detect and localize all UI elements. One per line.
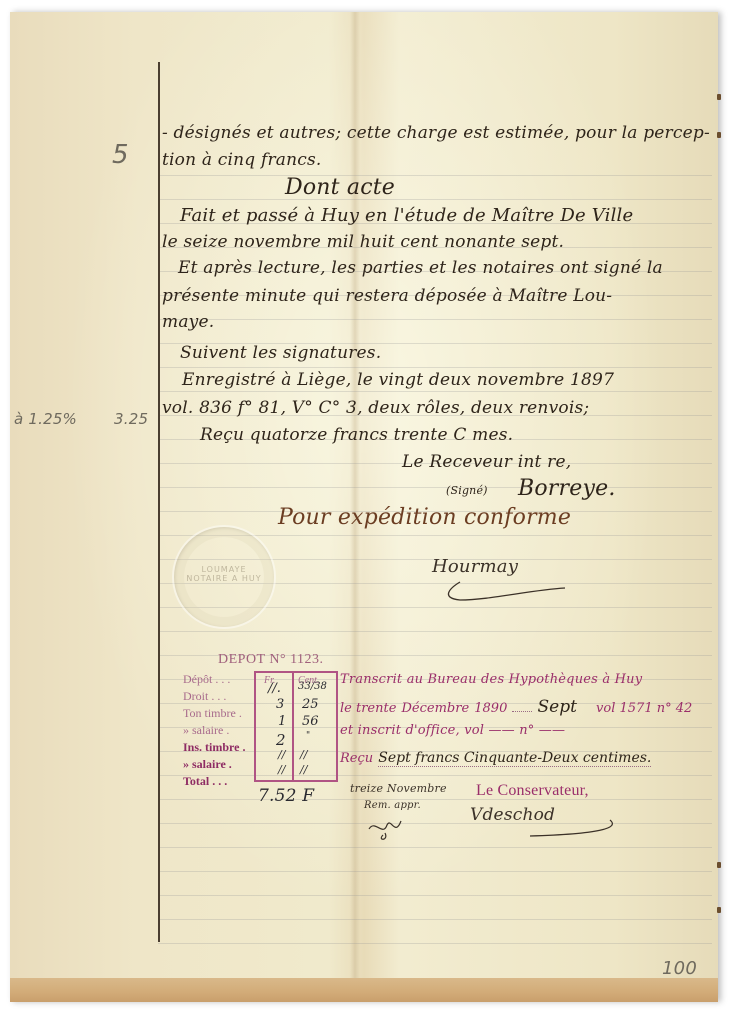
cell-fr: 3 [276,697,284,712]
staple [717,94,721,100]
depot-row-label: Ins. timbre . [183,740,245,755]
depot-row-label: » salaire . [183,723,229,738]
transcription-line-4: Reçu Sept francs Cinquante-Deux centimes… [340,747,651,766]
embossed-notary-seal: LOUMAYE NOTAIRE A HUY [172,525,276,629]
notary-signature: Hourmay [432,556,518,577]
cell-cent: // [300,748,307,761]
depot-row-label: Ton timbre . [183,706,242,721]
body-line-4: Fait et passé à Huy en l'étude de Maître… [180,205,633,226]
dont-acte-heading: Dont acte [285,175,395,200]
body-line-12: Reçu quatorze francs trente C mes. [200,425,513,445]
transcription-received-prefix: Reçu [340,751,373,766]
depot-total-label: Total . . . [183,774,227,789]
cell-fr: //. [268,681,281,696]
transcription-line-3: et inscrit d'office, vol —— n° —— [340,723,565,738]
paper-bottom-edge [10,978,718,1002]
conservateur-title: Le Conservateur, [476,782,589,800]
cell-cent: 25 [302,697,319,712]
transcription-date-prefix: le trente [340,701,396,716]
body-line-8: maye. [162,312,214,332]
body-line-2: tion à cinq francs. [162,150,322,170]
depot-row-label: » salaire . [183,757,232,772]
expedition-conforme: Pour expédition conforme [278,505,571,530]
body-line-5: le seize novembre mil huit cent nonante … [162,232,564,252]
cell-fr: // [278,748,285,761]
annotation-line-2: Rem. appr. [364,800,421,811]
transcription-date-year: 1890 [474,701,507,716]
cell-cent: // [300,763,307,776]
body-line-6: Et après lecture, les parties et les not… [178,258,663,278]
body-line-10: Enregistré à Liège, le vingt deux novemb… [182,370,614,390]
cell-cent: 33/38 [298,681,327,692]
signature-flourish [440,578,570,608]
receiver-signed-label: (Signé) [446,484,488,497]
conservateur-flourish [520,818,630,840]
body-line-11: vol. 836 f° 81, V° C° 3, deux rôles, deu… [162,398,589,418]
staple [717,132,721,138]
depot-title: DEPOT N° 1123. [218,652,324,668]
cell-cent: 56 [302,714,319,729]
cell-cent: " [306,731,310,741]
cell-fr: 1 [278,714,286,729]
transcription-date-month: Décembre [402,701,470,716]
transcription-vol: vol 1571 n° 42 [596,701,692,716]
transcription-line-2: le trente Décembre 1890 Sept vol 1571 n°… [340,697,692,717]
cell-fr: 2 [276,731,286,749]
margin-pencil-amount: 3.25 [114,410,148,428]
annotation-line-1: treize Novembre [350,782,447,795]
margin-pencil-rate: à 1.25% [14,410,77,428]
margin-item-number: 5 [112,140,129,170]
margin-rule [158,62,160,942]
depot-amount-box: Fr. Cent. //. 33/38 3 25 1 56 2 " // // … [254,671,338,782]
cell-fr: // [278,763,285,776]
body-line-9: Suivent les signatures. [180,343,381,363]
staple [717,907,721,913]
staple [717,862,721,868]
column-divider [292,673,294,780]
body-line-7: présente minute qui restera déposée à Ma… [162,286,612,306]
receiver-signature: Borreye. [518,476,616,501]
seal-text: LOUMAYE NOTAIRE A HUY [184,565,264,583]
depot-total-value: 7.52 F [258,786,314,806]
body-line-1: - désignés et autres; cette charge est e… [162,123,710,143]
initials-scribble [365,815,405,843]
page-number: 100 [662,958,697,979]
transcription-line-1: Transcrit au Bureau des Hypothèques à Hu… [340,672,642,687]
transcription-received-amount: Sept francs Cinquante-Deux centimes. [378,750,651,767]
receiver-title: Le Receveur int re, [402,452,571,472]
transcription-hand-sept: Sept [538,697,577,717]
depot-row-label: Dépôt . . . [183,672,230,687]
depot-row-label: Droit . . . [183,689,226,704]
